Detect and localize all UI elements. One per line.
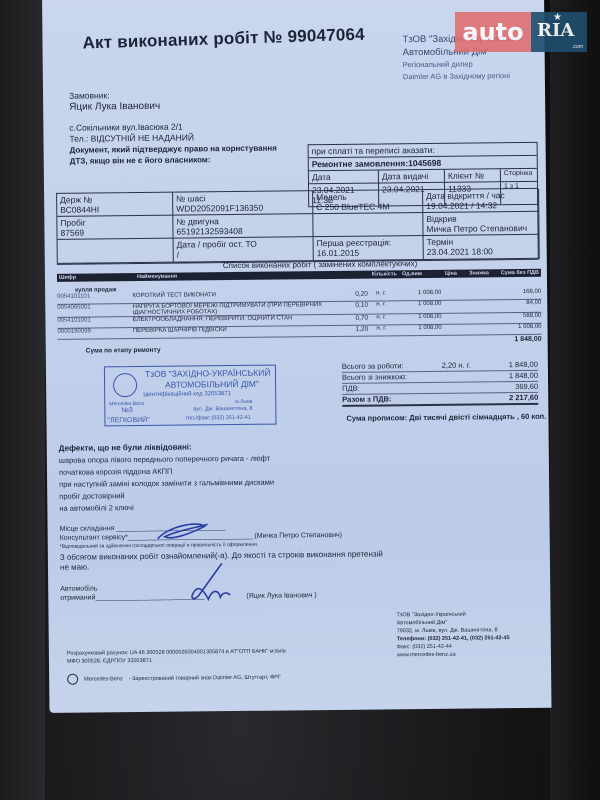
defect-item: шарова опора лівого переднього поперечно…: [59, 453, 274, 467]
works-total-label: Всього за роботи:: [342, 361, 404, 372]
col-name: Найменування: [137, 272, 357, 280]
plate-number: ВС0844НІ: [60, 204, 169, 215]
vat-label: ПДВ:: [342, 384, 360, 394]
background-leather-right: [550, 0, 600, 800]
stamp-line2: АВТОМОБІЛЬНИЙ ДІМ": [165, 379, 259, 390]
client-label: Клієнт №: [445, 169, 501, 182]
works-hours: 2,20 н. г.: [442, 361, 471, 371]
work-qty: 0,10: [330, 302, 368, 309]
stamp-number: №3: [121, 407, 132, 414]
col-code: Шифр: [57, 274, 137, 281]
work-qty: 0,20: [330, 291, 368, 298]
defect-item: на автомобілі 2 ключі: [59, 501, 274, 515]
dealer-region: Daimler AG в Західному регіоні: [403, 70, 523, 83]
mileage-value: 87569: [60, 227, 169, 238]
opened-by-value: Мичка Петро Степанович: [426, 223, 535, 234]
customer-name: Яцик Лука Іванович: [69, 100, 276, 113]
work-code: 0054065001: [57, 304, 132, 311]
footer-brand: Mercedes-Benz: [84, 675, 123, 683]
sum-in-words: Сума прописом: Дві тисячі двісті сімнадц…: [346, 412, 546, 423]
work-act-document: Акт виконаних робіт № 99047064 ТзОВ "Зах…: [42, 0, 551, 713]
address-website: www.mercedes-benz.ua: [397, 650, 510, 659]
works-table-header: Шифр Найменування Кількість Од.вим Ціна …: [57, 269, 541, 282]
vin-number: WDD2052091F136350: [176, 202, 309, 213]
company-stamp: ТзОВ "ЗАХІДНО-УКРАЇНСЬКИЙ АВТОМОБІЛЬНИЙ …: [104, 365, 277, 427]
address-phones: Телефони: (032) 251-42-41, (032) 251-42-…: [397, 634, 510, 643]
work-name: КОРОТКИЙ ТЕСТ ВИКОНАТИ: [132, 291, 330, 299]
works-list-title: Список виконаних робіт ( замінених компл…: [223, 259, 418, 270]
col-sum: Сума без ПДВ: [489, 270, 541, 277]
works-total: 1 848,00: [509, 360, 538, 370]
defects-block: Дефекти, що не були ліквідовані: шарова …: [59, 441, 275, 515]
background-leather-left: [0, 0, 45, 800]
footer: Розрахунковий рахунок: UA 46 300528 0000…: [67, 647, 286, 684]
opened-value: 19.04.2021 / 14:32: [426, 200, 535, 211]
work-unit: н. г.: [368, 314, 394, 320]
grand-total-label: Разом з ПДВ:: [342, 394, 391, 405]
model-value: C 250 BlueTEC 4M: [316, 201, 419, 212]
grand-total: 2 217,60: [509, 393, 538, 403]
received-label-2: отриманий: [60, 594, 95, 601]
consultant-name: (Мичка Петро Степанович): [254, 532, 342, 540]
trademark-note: - Зареєстрований товарний знак Daimler A…: [129, 673, 281, 683]
watermark-auto: auto: [455, 12, 531, 52]
work-sum: 1 008,00: [470, 324, 542, 331]
ownership-note-2: ДТЗ, якщо він не є його власником:: [70, 154, 277, 167]
dealer-address: ТзОВ "Західно-Український Автомобільний …: [396, 610, 509, 659]
vehicle-table: Держ №ВС0844НІ № шасіWDD2052091F136350 М…: [56, 188, 539, 265]
date-label: Дата: [309, 170, 379, 183]
autoria-watermark: auto ★ RIA .com: [455, 12, 587, 52]
watermark-ria-text: RIA: [537, 20, 574, 41]
customer-block: Замовник: Яцик Лука Іванович с.Сокільник…: [69, 89, 277, 167]
col-unit: Од.вим: [397, 271, 427, 277]
work-name: НАПРУГА БОРТОВОЇ МЕРЕЖІ ПІДТРИМУВАТИ (ПР…: [133, 302, 331, 316]
work-code: 0054101101: [57, 293, 132, 300]
stamp-code: Ідентифікаційний код 32053871: [143, 391, 231, 398]
payment-note: при сплаті та переписі аказати:: [309, 144, 438, 157]
mercedes-star-icon: [67, 674, 78, 685]
consultant-label: Консультант сервісу*: [60, 534, 128, 542]
watermark-suffix: .com: [572, 44, 583, 50]
defect-item: при наступній заміні колодок замінити з …: [59, 477, 274, 491]
watermark-ria: ★ RIA .com: [531, 12, 587, 52]
customer-signature-name: (Яцик Лука Іванович ): [246, 592, 316, 600]
stamp-city: м.Львів: [235, 399, 252, 405]
work-sum: 168,00: [470, 289, 542, 296]
service-value: /: [177, 248, 310, 259]
work-price: 1 008,00: [394, 290, 441, 296]
col-price: Ціна: [427, 271, 457, 277]
stamp-street: вул. Дж. Вашингтона, 8: [193, 406, 252, 413]
work-price: 1 008,00: [395, 325, 442, 331]
totals-block: Всього за роботи:2,20 н. г.1 848,00 Всьо…: [342, 360, 538, 407]
engine-number: 65192132593408: [176, 225, 309, 236]
vat-value: 369,60: [515, 382, 538, 392]
discount-total: 1 848,00: [509, 371, 538, 381]
work-qty: 0,70: [330, 315, 368, 322]
col-qty: Кількість: [357, 271, 397, 277]
work-qty: 1,20: [331, 326, 369, 333]
consultant-signature-icon: [152, 518, 212, 549]
stamp-kind: "ЛЕГКОВИЙ": [107, 417, 149, 424]
discount-label: Всього зі знижкою:: [342, 372, 407, 383]
work-unit: н. г.: [368, 325, 394, 331]
work-unit: н. г.: [368, 290, 394, 296]
repair-order-number: Ремонтне замовлення:1045698: [309, 157, 445, 170]
first-reg-value: 16.01.2015: [317, 247, 420, 258]
work-price: 1 008,00: [394, 301, 441, 307]
mercedes-star-icon: [113, 373, 137, 397]
work-sum: 84,00: [470, 300, 542, 307]
document-title: Акт виконаних робіт № 99047064: [82, 25, 365, 54]
work-sum: 588,00: [470, 313, 542, 320]
issue-date-label: Дата видачі: [379, 170, 445, 183]
place-label: Місце складання: [60, 525, 115, 533]
work-price: 1 008,00: [394, 314, 441, 320]
work-unit: н. г.: [368, 301, 394, 307]
bank-codes: МФО 300528, ЄДРПОУ 32053871: [67, 655, 286, 665]
term-value: 23.04.2021 18:00: [427, 246, 536, 257]
stamp-phone: тел./факс (032) 251-42-41: [185, 415, 250, 422]
col-discount: Знижка: [457, 270, 489, 276]
stamp-line1: ТзОВ "ЗАХІДНО-УКРАЇНСЬКИЙ: [145, 368, 271, 379]
work-name: ПЕРЕВІРКА ШАРНІРІВ ПІДВІСКИ: [133, 326, 331, 334]
work-code: 0054101001: [57, 317, 132, 324]
work-code: 0000190099: [57, 328, 132, 335]
customer-signature-icon: [180, 563, 240, 604]
works-table: купля продаж 0054101101КОРОТКИЙ ТЕСТ ВИК…: [57, 283, 542, 355]
work-name: ЕЛЕКТРООБЛАДНАННЯ: ПЕРЕВІРИТИ, ОЦІНИТИ С…: [133, 315, 331, 323]
page-label: Сторінка: [501, 169, 537, 181]
